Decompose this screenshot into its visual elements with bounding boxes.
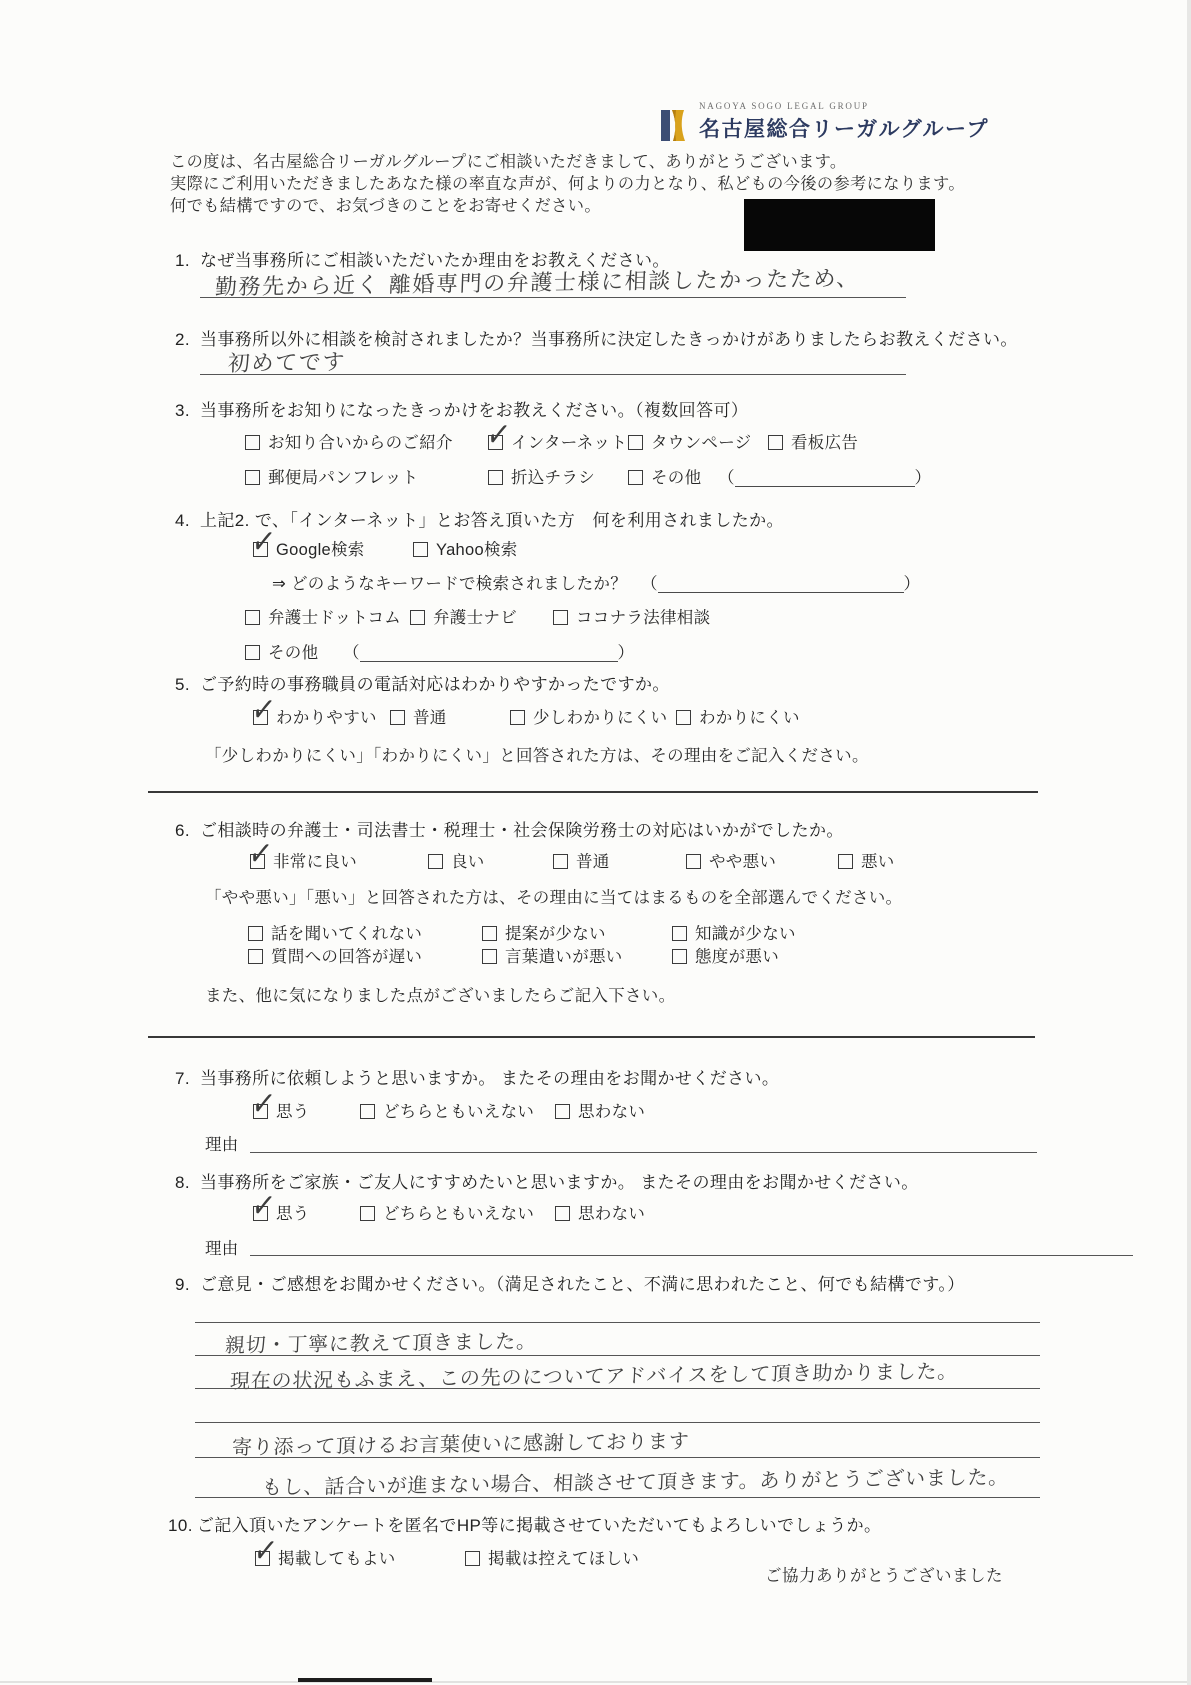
q3-checkbox-referral[interactable] — [245, 435, 260, 450]
q4-option-coconala: ココナラ法律相談 — [553, 604, 710, 628]
q9-handwritten-answer-3: 寄り添って頂けるお言葉使いに感謝しております — [231, 1425, 690, 1460]
q2-handwritten-answer: 初めてです — [227, 345, 346, 378]
q3-checkbox-internet[interactable] — [488, 435, 503, 450]
q5-option-label-slightly-unclear: 少しわかりにくい — [533, 709, 667, 727]
q6-option-very-good: 非常に良い — [250, 848, 357, 872]
question-4-text: 上記2. で、「インターネット」とお答え頂いた方 何を利用されましたか。 — [200, 511, 784, 530]
q5-option-label-unclear: わかりにくい — [699, 709, 800, 727]
q9-ruled-line-5[interactable] — [195, 1457, 1040, 1458]
q3-checkbox-other[interactable] — [628, 470, 643, 485]
q4-option-label-other: その他 — [268, 644, 318, 662]
q4-option-label-yahoo: Yahoo検索 — [436, 541, 518, 559]
q4-other-paren-close: ） — [618, 644, 635, 662]
q4-option-google: Google検索 — [253, 536, 365, 560]
q8-option-neutral: どちらともいえない — [360, 1200, 534, 1224]
q6-checkbox-good[interactable] — [428, 854, 443, 869]
q5-option-clear: わかりやすい — [253, 704, 377, 728]
q5-option-slightly-unclear: 少しわかりにくい — [510, 704, 667, 728]
q6-option-label-good: 良い — [451, 853, 485, 871]
intro-line-2: 実際にご利用いただきましたあなた様の率直な声が、何よりの力となり、私どもの今後の… — [170, 170, 965, 194]
q4-option-bengoshi-com: 弁護士ドットコム — [245, 604, 401, 628]
q6-option-normal: 普通 — [553, 848, 610, 872]
q7-option-yes: 思う — [253, 1098, 310, 1122]
q8-option-label-no: 思わない — [578, 1205, 645, 1223]
q6-reason-label-few-proposals: 提案が少ない — [505, 925, 606, 943]
question-5-number: 5. — [175, 675, 190, 695]
q4-option-label-bengoshi-com: 弁護士ドットコム — [268, 609, 401, 627]
scan-artifact-mark — [298, 1678, 432, 1682]
q4-keyword-prompt: ⇒ どのようなキーワードで検索されましたか？ — [272, 575, 627, 593]
q8-option-yes: 思う — [253, 1200, 310, 1224]
q4-option-label-coconala: ココナラ法律相談 — [576, 609, 710, 627]
q8-option-label-neutral: どちらともいえない — [383, 1205, 534, 1223]
q6-checkbox-somewhat-bad[interactable] — [686, 854, 701, 869]
q6-reason-little-knowledge: 知識が少ない — [672, 920, 796, 944]
q7-checkbox-yes[interactable] — [253, 1104, 268, 1119]
question-6-text: ご相談時の弁護士・司法書士・税理士・社会保険労務士の対応はいかがでしたか。 — [200, 821, 844, 840]
q3-option-label-signboard: 看板広告 — [791, 434, 858, 452]
q6-note: 「やや悪い」「悪い」と回答された方は、その理由に当てはまるものを全部選んでくださ… — [205, 884, 902, 908]
q6-option-bad: 悪い — [838, 848, 895, 872]
q1-answer-line[interactable] — [200, 297, 906, 298]
q6-option-label-very-good: 非常に良い — [273, 853, 357, 871]
q6-reason-label-bad-attitude: 態度が悪い — [695, 948, 779, 966]
q6-checkbox-normal[interactable] — [553, 854, 568, 869]
q3-checkbox-post-office-pamphlet[interactable] — [245, 470, 260, 485]
q7-checkbox-neutral[interactable] — [360, 1104, 375, 1119]
q9-ruled-line-3[interactable] — [195, 1388, 1040, 1389]
q7-reason-label: 理由 — [205, 1131, 239, 1155]
question-8-number: 8. — [175, 1173, 190, 1193]
q4-keyword-fill-line[interactable] — [658, 579, 904, 593]
q3-other-fill-line[interactable] — [735, 473, 915, 487]
q9-ruled-line-4[interactable] — [195, 1422, 1040, 1423]
q8-checkbox-yes[interactable] — [253, 1206, 268, 1221]
logo-icon — [660, 107, 690, 143]
q3-other-paren-open: （ — [718, 469, 735, 487]
q3-option-label-other: その他 — [651, 469, 701, 487]
q6-reason-no-listening: 話を聞いてくれない — [248, 920, 422, 944]
question-9-number: 9. — [175, 1275, 190, 1295]
q10-option-label-publish-ok: 掲載してもよい — [278, 1550, 396, 1568]
logo: NAGOYA SOGO LEGAL GROUP 名古屋総合リーガルグループ — [660, 101, 989, 143]
q5-note: 「少しわかりにくい」「わかりにくい」と回答された方は、その理由をご記入ください。 — [205, 742, 869, 766]
q6-checkbox-few-proposals[interactable] — [482, 926, 497, 941]
q6-option-somewhat-bad: やや悪い — [686, 848, 776, 872]
q7-reason-line[interactable] — [250, 1152, 1037, 1153]
q6-option-label-somewhat-bad: やや悪い — [709, 853, 776, 871]
question-1-number: 1. — [175, 251, 190, 271]
scan-edge-bottom — [0, 1681, 1191, 1683]
q3-other-write-in: （） — [718, 464, 931, 488]
q3-option-signboard: 看板広告 — [768, 429, 858, 453]
q6-reason-label-bad-language: 言葉遣いが悪い — [505, 948, 623, 966]
q5-reason-line[interactable] — [148, 791, 1038, 793]
q6-checkbox-no-listening[interactable] — [248, 926, 263, 941]
q5-option-unclear: わかりにくい — [676, 704, 800, 728]
q4-checkbox-yahoo[interactable] — [413, 542, 428, 557]
question-3-number: 3. — [175, 401, 190, 421]
q10-checkbox-publish-no[interactable] — [465, 1551, 480, 1566]
q7-option-label-no: 思わない — [578, 1103, 645, 1121]
q4-checkbox-coconala[interactable] — [553, 610, 568, 625]
survey-scan-page: NAGOYA SOGO LEGAL GROUP 名古屋総合リーガルグループ この… — [0, 0, 1191, 1685]
q10-checkbox-publish-ok[interactable] — [255, 1551, 270, 1566]
footer-thanks: ご協力ありがとうございました — [765, 1562, 1003, 1586]
q6-reason-bad-attitude: 態度が悪い — [672, 943, 779, 967]
q10-option-label-publish-no: 掲載は控えてほしい — [488, 1550, 639, 1568]
q4-other-fill-line[interactable] — [360, 648, 618, 662]
q6-note-2: また、他に気になりました点がございましたらご記入下さい。 — [205, 982, 675, 1006]
q6-checkbox-little-knowledge[interactable] — [672, 926, 687, 941]
q6-checkbox-bad[interactable] — [838, 854, 853, 869]
q3-option-other: その他 — [628, 464, 701, 488]
q6-reason-bad-language: 言葉遣いが悪い — [482, 943, 623, 967]
q8-reason-line[interactable] — [250, 1255, 1133, 1256]
q3-option-referral: お知り合いからのご紹介 — [245, 429, 453, 453]
q3-checkbox-flyer[interactable] — [488, 470, 503, 485]
question-8-text: 当事務所をご家族・ご友人にすすめたいと思いますか。 またその理由をお聞かせくださ… — [200, 1173, 919, 1192]
q6-checkbox-bad-language[interactable] — [482, 949, 497, 964]
scan-edge-right — [1187, 0, 1191, 1685]
question-5-heading: 5.ご予約時の事務職員の電話対応はわかりやすかったですか。 — [175, 670, 670, 695]
q5-checkbox-slightly-unclear[interactable] — [510, 710, 525, 725]
q6-reason-slow-answers: 質問への回答が遅い — [248, 943, 422, 967]
q4-option-other: その他 — [245, 639, 318, 663]
q5-option-label-normal: 普通 — [413, 709, 447, 727]
q4-option-yahoo: Yahoo検索 — [413, 536, 518, 560]
q6-reason-label-little-knowledge: 知識が少ない — [695, 925, 796, 943]
q9-handwritten-answer-1: 親切・丁寧に教えて頂きました。 — [224, 1325, 537, 1358]
q9-handwritten-answer-4: もし、話合いが進まない場合、相談させて頂きます。ありがとうございました。 — [261, 1461, 1009, 1500]
q5-option-normal: 普通 — [390, 704, 447, 728]
q3-checkbox-townpage[interactable] — [628, 435, 643, 450]
q8-option-label-yes: 思う — [276, 1205, 310, 1223]
q4-checkbox-other[interactable] — [245, 645, 260, 660]
q6-option-label-bad: 悪い — [861, 853, 895, 871]
q3-other-paren-close: ） — [915, 469, 932, 487]
q4-other-write-in: （） — [343, 639, 634, 663]
q3-option-internet: インターネット — [488, 429, 627, 453]
question-6-heading: 6.ご相談時の弁護士・司法書士・税理士・社会保険労務士の対応はいかがでしたか。 — [175, 816, 844, 841]
q7-option-label-yes: 思う — [276, 1103, 310, 1121]
q8-checkbox-no[interactable] — [555, 1206, 570, 1221]
q6-reason-label-no-listening: 話を聞いてくれない — [271, 925, 422, 943]
question-7-number: 7. — [175, 1069, 190, 1089]
q8-reason-label: 理由 — [205, 1235, 239, 1259]
q6-checkbox-very-good[interactable] — [250, 854, 265, 869]
q6-option-good: 良い — [428, 848, 485, 872]
q6-reason-few-proposals: 提案が少ない — [482, 920, 606, 944]
q6-comment-line[interactable] — [148, 1036, 1035, 1038]
q7-option-neutral: どちらともいえない — [360, 1098, 534, 1122]
q4-option-bengoshi-navi: 弁護士ナビ — [410, 604, 517, 628]
q5-checkbox-unclear[interactable] — [676, 710, 691, 725]
q3-option-label-internet: インターネット — [511, 434, 627, 452]
q4-other-paren-open: （ — [343, 644, 360, 662]
q6-checkbox-bad-attitude[interactable] — [672, 949, 687, 964]
question-10-text: ご記入頂いたアンケートを匿名でHP等に掲載させていただいてもよろしいでしょうか。 — [197, 1516, 882, 1535]
q3-option-flyer: 折込チラシ — [488, 464, 595, 488]
question-3-heading: 3.当事務所をお知りになったきっかけをお教えください。（複数回答可） — [175, 396, 748, 421]
q4-keyword-paren-open: （ — [641, 575, 658, 593]
q7-checkbox-no[interactable] — [555, 1104, 570, 1119]
question-10-number: 10. — [168, 1516, 193, 1536]
q5-option-label-clear: わかりやすい — [276, 709, 377, 727]
q4-keyword-paren-close: ） — [904, 575, 921, 593]
q3-option-post-office-pamphlet: 郵便局パンフレット — [245, 464, 418, 488]
q4-checkbox-google[interactable] — [253, 542, 268, 557]
q5-checkbox-normal[interactable] — [390, 710, 405, 725]
q4-option-label-bengoshi-navi: 弁護士ナビ — [433, 609, 517, 627]
redaction-box — [744, 199, 935, 251]
q4-option-label-google: Google検索 — [276, 541, 365, 559]
q9-ruled-line-1[interactable] — [195, 1322, 1040, 1323]
q3-option-label-flyer: 折込チラシ — [511, 469, 595, 487]
q9-ruled-line-6[interactable] — [195, 1497, 1040, 1498]
q6-option-label-normal: 普通 — [576, 853, 610, 871]
q3-checkbox-signboard[interactable] — [768, 435, 783, 450]
logo-subtitle: NAGOYA SOGO LEGAL GROUP — [699, 101, 989, 111]
q10-option-publish-no: 掲載は控えてほしい — [465, 1545, 639, 1569]
intro-line-1: この度は、名古屋総合リーガルグループにご相談いただきまして、ありがとうございます… — [170, 148, 847, 172]
q6-reason-label-slow-answers: 質問への回答が遅い — [271, 948, 422, 966]
q4-keyword-row: ⇒ どのようなキーワードで検索されましたか？（） — [272, 570, 920, 594]
q7-option-label-neutral: どちらともいえない — [383, 1103, 534, 1121]
q4-checkbox-bengoshi-navi[interactable] — [410, 610, 425, 625]
question-9-heading: 9.ご意見・ご感想をお聞かせください。（満足されたこと、不満に思われたこと、何で… — [175, 1270, 965, 1295]
question-4-number: 4. — [175, 511, 190, 531]
question-2-number: 2. — [175, 330, 190, 350]
q8-checkbox-neutral[interactable] — [360, 1206, 375, 1221]
question-6-number: 6. — [175, 821, 190, 841]
q3-option-label-referral: お知り合いからのご紹介 — [268, 434, 453, 452]
q2-answer-line[interactable] — [200, 374, 906, 375]
q7-option-no: 思わない — [555, 1098, 645, 1122]
logo-text: NAGOYA SOGO LEGAL GROUP 名古屋総合リーガルグループ — [699, 101, 989, 143]
logo-title: 名古屋総合リーガルグループ — [699, 113, 989, 143]
question-7-text: 当事務所に依頼しようと思いますか。 またその理由をお聞かせください。 — [200, 1069, 779, 1088]
question-9-text: ご意見・ご感想をお聞かせください。（満足されたこと、不満に思われたこと、何でも結… — [200, 1275, 965, 1294]
q5-checkbox-clear[interactable] — [253, 710, 268, 725]
q3-option-label-townpage: タウンページ — [651, 434, 751, 452]
intro-line-3: 何でも結構ですので、お気づきのことをお寄せください。 — [170, 192, 601, 216]
question-3-text: 当事務所をお知りになったきっかけをお教えください。（複数回答可） — [200, 401, 748, 420]
q3-option-townpage: タウンページ — [628, 429, 751, 453]
q10-option-publish-ok: 掲載してもよい — [255, 1545, 396, 1569]
q8-option-no: 思わない — [555, 1200, 645, 1224]
question-8-heading: 8.当事務所をご家族・ご友人にすすめたいと思いますか。 またその理由をお聞かせく… — [175, 1168, 919, 1193]
q3-option-label-post-office-pamphlet: 郵便局パンフレット — [268, 469, 418, 487]
q4-checkbox-bengoshi-com[interactable] — [245, 610, 260, 625]
q6-checkbox-slow-answers[interactable] — [248, 949, 263, 964]
